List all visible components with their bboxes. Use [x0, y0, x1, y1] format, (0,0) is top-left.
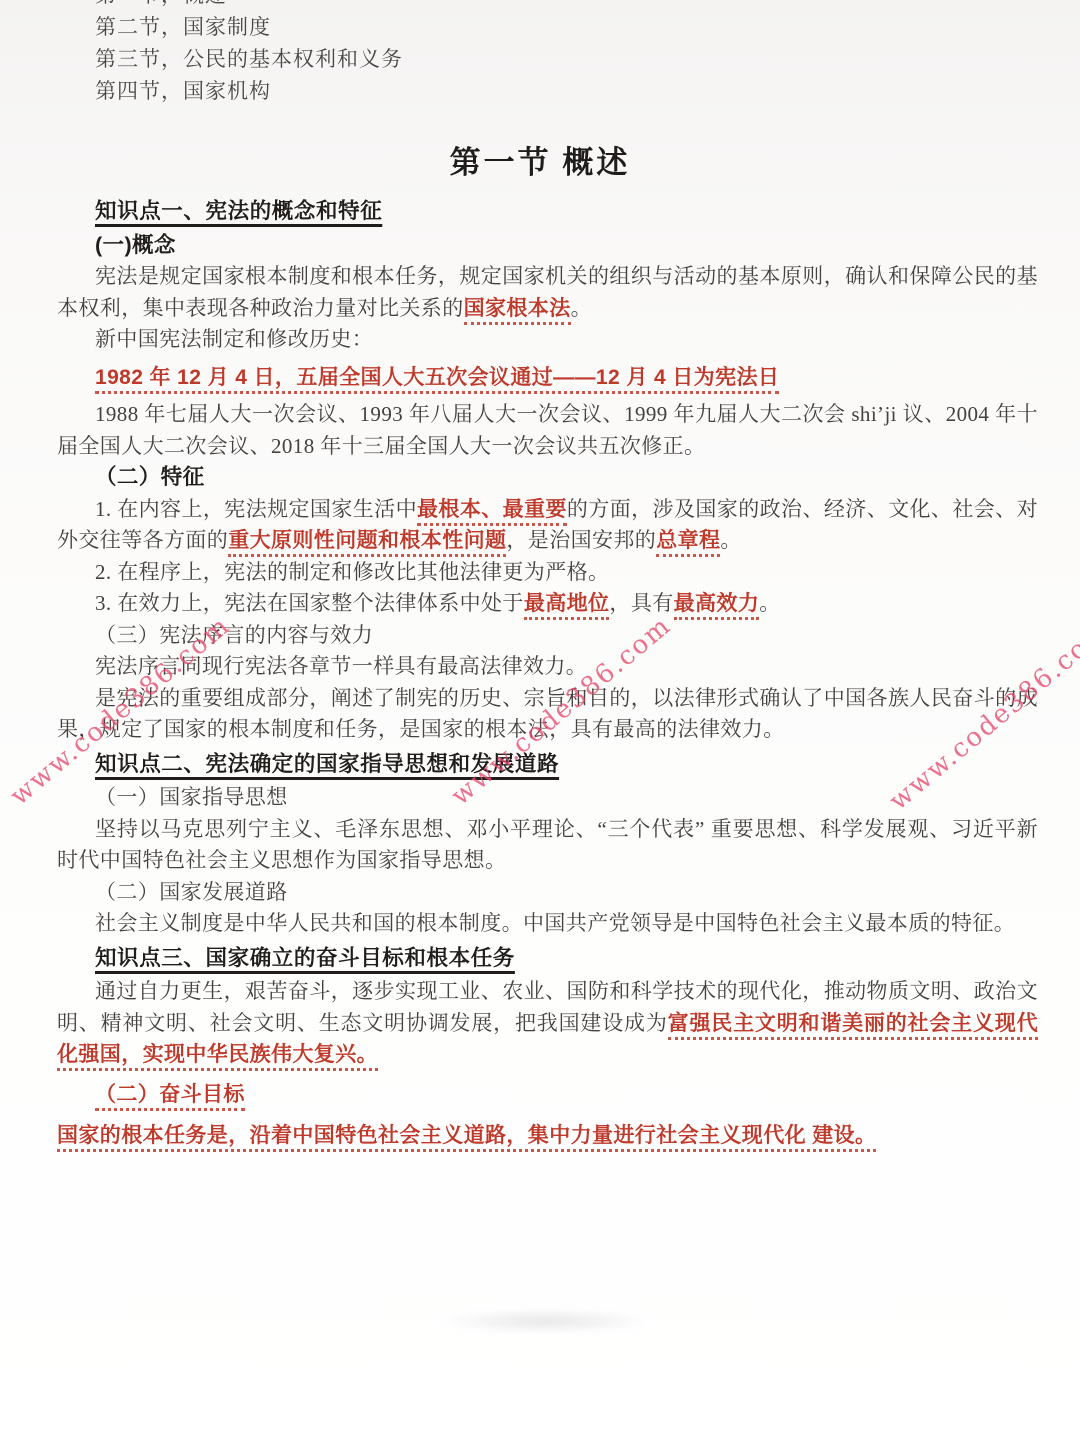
paragraph: （二）国家发展道路	[57, 877, 1038, 909]
red-highlight-text: 最高地位	[524, 592, 610, 620]
paragraph: 是宪法的重要组成部分，阐述了制宪的历史、宗旨和目的，以法律形式确认了中国各族人民…	[57, 683, 1038, 746]
paragraph: 1988 年七届人大一次会议、1993 年八届人大一次会议、1999 年九届人大…	[57, 399, 1038, 462]
text-run: ，是治国安邦的	[506, 528, 656, 552]
red-note-line: 国家的根本任务是，沿着中国特色社会主义道路，集中力量进行社会主义现代化 建设。	[57, 1120, 1038, 1152]
text-run: 1. 在内容上，宪法规定国家生活中	[95, 497, 417, 521]
red-sub-heading: （二）奋斗目标	[57, 1079, 1038, 1111]
paragraph: （三）宪法序言的内容与效力	[57, 620, 1038, 652]
text-run: (一)概念	[95, 233, 176, 257]
text-run: ，具有	[609, 591, 673, 615]
toc-item: 第二节，国家制度	[95, 11, 1080, 43]
red-highlight-text: 最高效力	[674, 592, 760, 620]
red-highlight-text: 国家根本法	[464, 297, 571, 325]
paragraph: 坚持以马克思列宁主义、毛泽东思想、邓小平理论、“三个代表” 重要思想、科学发展观…	[57, 814, 1038, 877]
paragraph: （一）国家指导思想	[57, 782, 1038, 814]
red-highlight-text: 重大原则性问题和根本性问题	[228, 529, 506, 557]
text-run: 知识点一、宪法的概念和特征	[95, 199, 382, 223]
toc-item: 第三节，公民的基本权利和义务	[95, 43, 1080, 75]
text-run: 社会主义制度是中华人民共和国的根本制度。中国共产党领导是中国特色社会主义最本质的…	[95, 911, 1015, 935]
toc-item: 第四节，国家机构	[95, 75, 1080, 107]
red-highlight-text: （二）奋斗目标	[95, 1083, 245, 1111]
red-highlight-text: 最根本、最重要	[417, 498, 567, 526]
text-run: 。	[720, 528, 741, 552]
text-run: （三）宪法序言的内容与效力	[95, 623, 373, 647]
text-run: （二）国家发展道路	[95, 880, 288, 904]
text-run: 是宪法的重要组成部分，阐述了制宪的历史、宗旨和目的，以法律形式确认了中国各族人民…	[57, 686, 1038, 742]
paragraph: 1. 在内容上，宪法规定国家生活中最根本、最重要的方面，涉及国家的政治、经济、文…	[57, 494, 1038, 557]
text-run: （一）国家指导思想	[95, 785, 288, 809]
red-highlight-text: 总章程	[656, 529, 720, 557]
paragraph: 宪法是规定国家根本制度和根本任务，规定国家机关的组织与活动的基本原则，确认和保障…	[57, 261, 1038, 324]
text-run: 坚持以马克思列宁主义、毛泽东思想、邓小平理论、“三个代表” 重要思想、科学发展观…	[57, 817, 1038, 873]
text-run: 2. 在程序上，宪法的制定和修改比其他法律更为严格。	[95, 560, 609, 584]
toc-item: 第一节，概述	[95, 0, 1080, 11]
paragraph: 宪法序言同现行宪法各章节一样具有最高法律效力。	[57, 651, 1038, 683]
text-run: 。	[571, 296, 592, 320]
section-title: 第一节 概述	[0, 137, 1080, 182]
knowledge-point-heading: 知识点一、宪法的概念和特征	[57, 196, 1038, 228]
paragraph: 通过自力更生，艰苦奋斗，逐步实现工业、农业、国防和科学技术的现代化，推动物质文明…	[57, 976, 1038, 1071]
text-run: 宪法序言同现行宪法各章节一样具有最高法律效力。	[95, 654, 587, 678]
text-run: （二）特征	[95, 465, 205, 489]
text-run: 知识点三、国家确立的奋斗目标和根本任务	[95, 946, 515, 970]
text-run: 3. 在效力上，宪法在国家整个法律体系中处于	[95, 591, 524, 615]
text-run: 新中国宪法制定和修改历史：	[95, 327, 373, 351]
paragraph: 2. 在程序上，宪法的制定和修改比其他法律更为严格。	[57, 557, 1038, 589]
text-run: 1988 年七届人大一次会议、1993 年八届人大一次会议、1999 年九届人大…	[57, 402, 1038, 458]
document-page: www.code386.com www.code386.com www.code…	[0, 0, 1080, 1440]
page-smudge	[438, 1308, 653, 1334]
text-run: 知识点二、宪法确定的国家指导思想和发展道路	[95, 752, 559, 776]
chapter-list: 第一节，概述第二节，国家制度第三节，公民的基本权利和义务第四节，国家机构	[0, 0, 1080, 107]
paragraph: 1982 年 12 月 4 日，五届全国人大五次会议通过——12 月 4 日为宪…	[57, 362, 1038, 394]
red-highlight-text: 1982 年 12 月 4 日，五届全国人大五次会议通过——12 月 4 日为宪…	[95, 366, 779, 394]
paragraph: 新中国宪法制定和修改历史：	[57, 324, 1038, 356]
document-content: 知识点一、宪法的概念和特征(一)概念宪法是规定国家根本制度和根本任务，规定国家机…	[0, 196, 1080, 1152]
sub-heading: (一)概念	[57, 230, 1038, 262]
knowledge-point-heading: 知识点二、宪法确定的国家指导思想和发展道路	[57, 749, 1038, 781]
red-highlight-text: 国家的根本任务是，沿着中国特色社会主义道路，集中力量进行社会主义现代化 建设。	[57, 1124, 876, 1152]
paragraph: 社会主义制度是中华人民共和国的根本制度。中国共产党领导是中国特色社会主义最本质的…	[57, 908, 1038, 940]
text-run: 。	[759, 591, 780, 615]
sub-heading: （二）特征	[57, 462, 1038, 494]
knowledge-point-heading: 知识点三、国家确立的奋斗目标和根本任务	[57, 943, 1038, 975]
paragraph: 3. 在效力上，宪法在国家整个法律体系中处于最高地位，具有最高效力。	[57, 588, 1038, 620]
